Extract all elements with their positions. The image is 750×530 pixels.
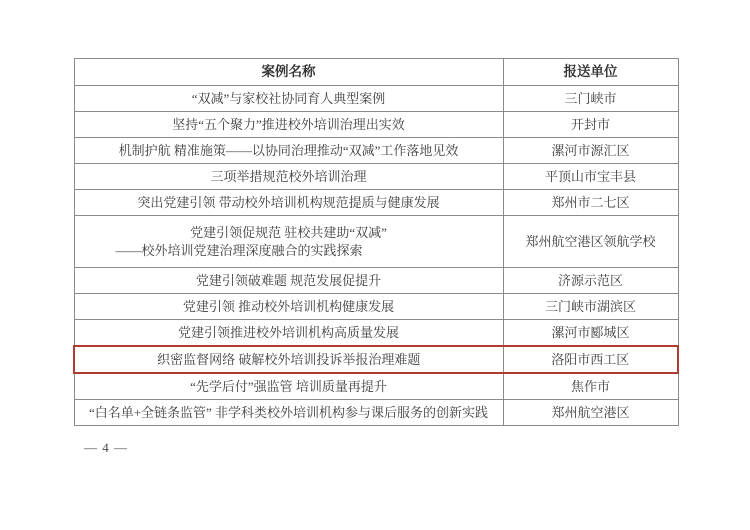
- case-name-cell: 党建引领促规范 驻校共建助“双减” ——校外培训党建治理深度融合的实践探索: [74, 216, 503, 268]
- table-row: “先学后付”强监管 培训质量再提升 焦作市: [74, 373, 678, 400]
- reporting-unit-cell: 漯河市源汇区: [503, 138, 678, 164]
- table-row-highlighted: 织密监督网络 破解校外培训投诉举报治理难题 洛阳市西工区: [74, 346, 678, 373]
- case-report-table: 案例名称 报送单位 “双减”与家校社协同育人典型案例 三门峡市 坚持“五个聚力”…: [73, 58, 679, 426]
- table-row: “双减”与家校社协同育人典型案例 三门峡市: [74, 86, 678, 112]
- case-name-cell: “先学后付”强监管 培训质量再提升: [74, 373, 503, 400]
- table-row: 机制护航 精准施策——以协同治理推动“双减”工作落地见效 漯河市源汇区: [74, 138, 678, 164]
- reporting-unit-cell: 济源示范区: [503, 268, 678, 294]
- table-row: “白名单+全链条监管” 非学科类校外培训机构参与课后服务的创新实践 郑州航空港区: [74, 400, 678, 426]
- page-number: — 4 —: [84, 440, 128, 456]
- case-name-cell: “白名单+全链条监管” 非学科类校外培训机构参与课后服务的创新实践: [74, 400, 503, 426]
- reporting-unit-cell: 平顶山市宝丰县: [503, 164, 678, 190]
- case-name-cell: 坚持“五个聚力”推进校外培训治理出实效: [74, 112, 503, 138]
- case-name-cell: 机制护航 精准施策——以协同治理推动“双减”工作落地见效: [74, 138, 503, 164]
- reporting-unit-cell: 郑州航空港区领航学校: [503, 216, 678, 268]
- reporting-unit-cell: 郑州航空港区: [503, 400, 678, 426]
- table-header-row: 案例名称 报送单位: [74, 59, 678, 86]
- table-row: 党建引领 推动校外培训机构健康发展 三门峡市湖滨区: [74, 294, 678, 320]
- reporting-unit-cell: 漯河市郾城区: [503, 320, 678, 347]
- reporting-unit-cell: 开封市: [503, 112, 678, 138]
- table-row: 三项举措规范校外培训治理 平顶山市宝丰县: [74, 164, 678, 190]
- table-row: 党建引领破难题 规范发展促提升 济源示范区: [74, 268, 678, 294]
- case-name-line-2: ——校外培训党建治理深度融合的实践探索: [81, 242, 497, 260]
- table-row: 党建引领推进校外培训机构高质量发展 漯河市郾城区: [74, 320, 678, 347]
- case-name-cell: “双减”与家校社协同育人典型案例: [74, 86, 503, 112]
- reporting-unit-cell: 焦作市: [503, 373, 678, 400]
- case-name-cell: 党建引领推进校外培训机构高质量发展: [74, 320, 503, 347]
- reporting-unit-cell: 洛阳市西工区: [503, 346, 678, 373]
- case-name-line-1: 党建引领促规范 驻校共建助“双减”: [81, 224, 497, 242]
- column-header-case-name: 案例名称: [74, 59, 503, 86]
- case-name-cell: 织密监督网络 破解校外培训投诉举报治理难题: [74, 346, 503, 373]
- reporting-unit-cell: 郑州市二七区: [503, 190, 678, 216]
- document-page: 案例名称 报送单位 “双减”与家校社协同育人典型案例 三门峡市 坚持“五个聚力”…: [0, 0, 750, 530]
- table-row: 坚持“五个聚力”推进校外培训治理出实效 开封市: [74, 112, 678, 138]
- case-name-cell: 党建引领破难题 规范发展促提升: [74, 268, 503, 294]
- case-name-cell: 突出党建引领 带动校外培训机构规范提质与健康发展: [74, 190, 503, 216]
- case-name-cell: 党建引领 推动校外培训机构健康发展: [74, 294, 503, 320]
- table-row: 突出党建引领 带动校外培训机构规范提质与健康发展 郑州市二七区: [74, 190, 678, 216]
- table-row: 党建引领促规范 驻校共建助“双减” ——校外培训党建治理深度融合的实践探索 郑州…: [74, 216, 678, 268]
- case-name-cell: 三项举措规范校外培训治理: [74, 164, 503, 190]
- column-header-reporting-unit: 报送单位: [503, 59, 678, 86]
- reporting-unit-cell: 三门峡市: [503, 86, 678, 112]
- reporting-unit-cell: 三门峡市湖滨区: [503, 294, 678, 320]
